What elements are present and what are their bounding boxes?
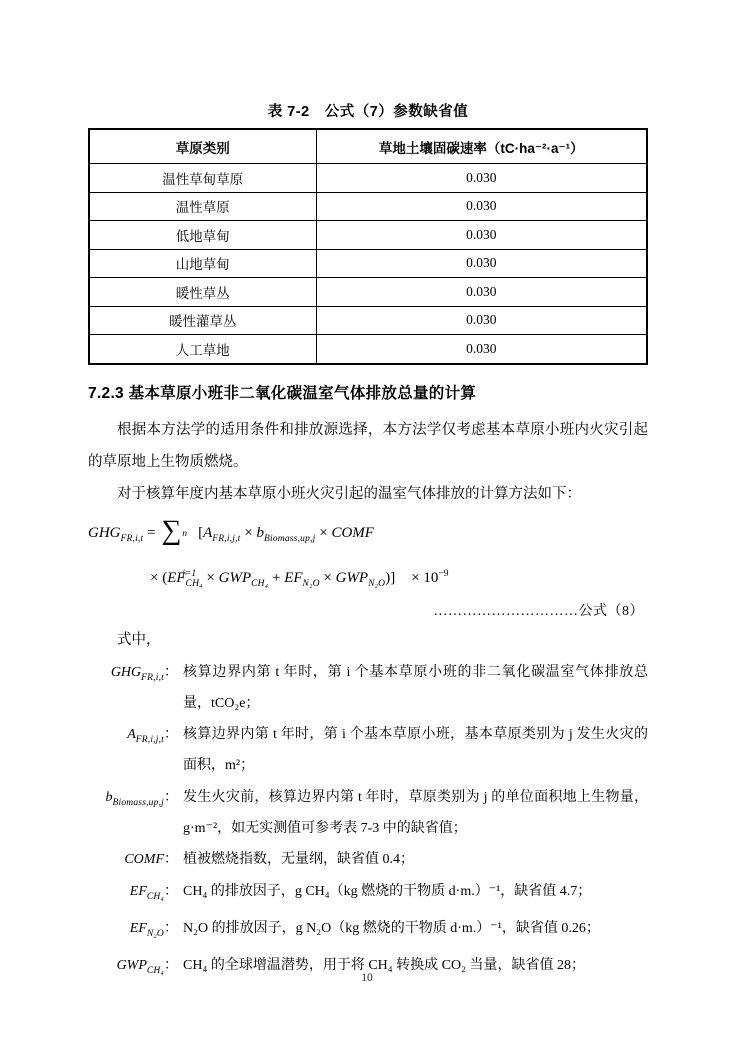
paragraph-scope: 根据本方法学的适用条件和排放源选择，本方法学仅考虑基本草原小班内火灾引起的草原地…	[88, 414, 648, 478]
cell-category: 人工草地	[89, 335, 316, 364]
formula-token: GWPCH₄	[219, 570, 269, 586]
formula-token: ×	[241, 525, 257, 541]
definition-item: COMF：植被燃烧指数，无量纲，缺省值 0.4；	[88, 844, 648, 875]
definition-symbol: EFN₂O：	[88, 913, 178, 950]
definition-item: GHGFR,i,t：核算边界内第 t 年时，第 i 个基本草原小班的非二氧化碳温…	[88, 657, 648, 719]
equation-number-label: …………………………公式（8）	[88, 599, 648, 624]
definitions-list: GHGFR,i,t：核算边界内第 t 年时，第 i 个基本草原小班的非二氧化碳温…	[88, 657, 648, 987]
cell-category: 低地草甸	[89, 221, 316, 250]
cell-category: 温性草原	[89, 192, 316, 221]
cell-category: 暖性灌草丛	[89, 306, 316, 335]
table-row: 人工草地0.030	[89, 335, 647, 364]
section-heading: 7.2.3 基本草原小班非二氧化碳温室气体排放总量的计算	[88, 381, 648, 403]
page-content: 表 7-2 公式（7）参数缺省值 草原类别 草地土壤固碳速率（tC·ha⁻²·a…	[0, 0, 734, 987]
column-header-rate: 草地土壤固碳速率（tC·ha⁻²·a⁻¹）	[316, 129, 647, 164]
where-label: 式中，	[88, 625, 648, 655]
cell-category: 温性草甸草原	[89, 164, 316, 193]
formula-token: GWPN₂O	[336, 570, 386, 586]
cell-value: 0.030	[316, 192, 647, 221]
formula-token: AFR,i,j,t	[203, 525, 240, 541]
formula-token: +	[268, 570, 284, 586]
document-page: 表 7-2 公式（7）参数缺省值 草原类别 草地土壤固碳速率（tC·ha⁻²·a…	[0, 0, 734, 1040]
formula-token: × (	[150, 570, 167, 586]
paragraph-method-intro: 对于核算年度内基本草原小班火灾引起的温室气体排放的计算方法如下：	[88, 478, 648, 510]
cell-category: 暖性草丛	[89, 278, 316, 307]
formula-token: ×	[203, 570, 219, 586]
params-table: 草原类别 草地土壤固碳速率（tC·ha⁻²·a⁻¹） 温性草甸草原0.030温性…	[88, 128, 648, 365]
cell-value: 0.030	[316, 335, 647, 364]
definition-item: AFR,i,j,t：核算边界内第 t 年时，第 i 个基本草原小班，基本草原类别…	[88, 719, 648, 781]
definition-item: EFCH₄：CH₄ 的排放因子，g CH₄（kg 燃烧的干物质 d·m.）⁻¹，…	[88, 876, 648, 913]
cell-category: 山地草甸	[89, 249, 316, 278]
formula-token: GHGFR,i,t	[88, 525, 143, 541]
formula-token: COMF	[331, 525, 374, 541]
table-row: 暖性灌草丛0.030	[89, 306, 647, 335]
cell-value: 0.030	[316, 278, 647, 307]
definition-item: bBiomass,up,j：发生火灾前，核算边界内第 t 年时，草原类别为 j …	[88, 782, 648, 844]
cell-value: 0.030	[316, 164, 647, 193]
definition-text: N₂O 的排放因子，g N₂O（kg 燃烧的干物质 d·m.）⁻¹，缺省值 0.…	[183, 913, 648, 950]
formula-line-2: × (EFCH₄ × GWPCH₄ + EFN₂O × GWPN₂O)]× 10…	[150, 559, 648, 599]
summation-symbol: ∑nj=1	[161, 514, 196, 548]
definition-text: CH₄ 的排放因子，g CH₄（kg 燃烧的干物质 d·m.）⁻¹，缺省值 4.…	[183, 876, 648, 913]
definition-text: 核算边界内第 t 年时，第 i 个基本草原小班，基本草原类别为 j 发生火灾的面…	[183, 719, 648, 781]
definition-item: EFN₂O：N₂O 的排放因子，g N₂O（kg 燃烧的干物质 d·m.）⁻¹，…	[88, 913, 648, 950]
table-row: 低地草甸0.030	[89, 221, 647, 250]
definition-symbol: GHGFR,i,t：	[88, 657, 178, 719]
definition-text: 核算边界内第 t 年时，第 i 个基本草原小班的非二氧化碳温室气体排放总量，tC…	[183, 657, 648, 719]
cell-value: 0.030	[316, 249, 647, 278]
table-header-row: 草原类别 草地土壤固碳速率（tC·ha⁻²·a⁻¹）	[89, 129, 647, 164]
table-row: 山地草甸0.030	[89, 249, 647, 278]
definition-symbol: AFR,i,j,t：	[88, 719, 178, 781]
definition-symbol: bBiomass,up,j：	[88, 782, 178, 844]
table-row: 温性草甸草原0.030	[89, 164, 647, 193]
definition-text: 发生火灾前，核算边界内第 t 年时，草原类别为 j 的单位面积地上生物量，g·m…	[183, 782, 648, 844]
formula-token: )]	[385, 570, 395, 586]
definition-text: 植被燃烧指数，无量纲，缺省值 0.4；	[183, 844, 648, 875]
formula-token: ×	[315, 525, 331, 541]
table-row: 温性草原0.030	[89, 192, 647, 221]
cell-value: 0.030	[316, 221, 647, 250]
table-caption: 表 7-2 公式（7）参数缺省值	[88, 0, 648, 121]
page-number: 10	[0, 972, 734, 984]
formula-token: × 10−9	[411, 570, 448, 586]
formula-token: EFN₂O	[284, 570, 319, 586]
formula-line-1: GHGFR,i,t = ∑nj=1[AFR,i,j,t × bBiomass,u…	[88, 513, 648, 559]
definition-symbol: COMF：	[88, 844, 178, 875]
cell-value: 0.030	[316, 306, 647, 335]
formula-token: bBiomass,up,j	[256, 525, 315, 541]
formula-token: =	[143, 525, 159, 541]
table-body: 温性草甸草原0.030温性草原0.030低地草甸0.030山地草甸0.030暖性…	[89, 164, 647, 364]
formula-block: GHGFR,i,t = ∑nj=1[AFR,i,j,t × bBiomass,u…	[88, 513, 648, 655]
definition-symbol: EFCH₄：	[88, 876, 178, 913]
table-row: 暖性草丛0.030	[89, 278, 647, 307]
column-header-category: 草原类别	[89, 129, 316, 164]
formula-token: ×	[320, 570, 336, 586]
